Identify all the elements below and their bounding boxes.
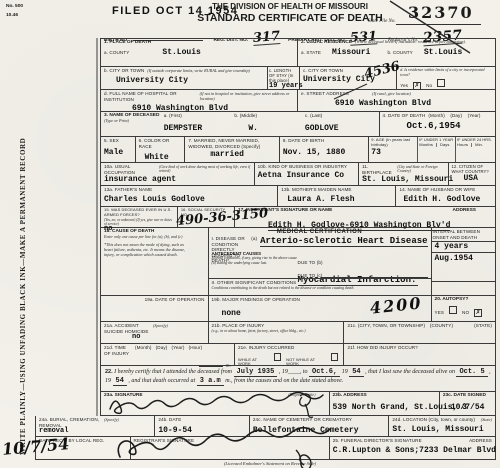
division-title: THE DIVISION OF HEALTH OF MISSOURI: [175, 3, 405, 12]
certify-p2: , 19____, to: [279, 369, 308, 375]
injury-county-label: (COUNTY): [430, 323, 453, 329]
age-label: 9. AGE (In years last birthday): [371, 138, 415, 148]
field-operation-date: 19a. DATE OF OPERATION: [101, 296, 209, 321]
middle-name-label: b. (Middle): [234, 113, 305, 119]
spouse-value: Edith H. Godlove: [403, 195, 492, 204]
place-section-label: 1. PLACE OF DEATH: [104, 40, 294, 46]
row-armed-ssn-informant: 15. WAS DECEASED EVER IN U.S. ARMED FORC…: [100, 207, 496, 228]
age-days-label: Days: [437, 143, 450, 148]
stay-label: c. LENGTH OF STAY (In this place): [269, 68, 298, 83]
field-father: 13a. FATHER'S NAME Charles Louis Godlove: [101, 186, 278, 206]
field-mother: 13b. MOTHER'S MAIDEN NAME Laura A. Flesh: [278, 186, 396, 206]
injury-city-label: 21c. (CITY, TOWN, OR TOWNSHIP): [347, 323, 425, 329]
row-parents: 13a. FATHER'S NAME Charles Louis Godlove…: [100, 186, 496, 207]
birthplace-label: 11. BIRTHPLACE: [362, 164, 394, 175]
name-note: (Type or Print): [104, 119, 164, 124]
place-of-injury-note: (e.g., in or about home, farm, factory, …: [212, 329, 341, 333]
funeral-director-value: C.R.Lupton & Sons;7233 Delmar Blvd: [333, 446, 492, 455]
field-race: 6. COLOR OR RACE White: [136, 137, 186, 162]
line-a-letter: (a): [251, 236, 257, 242]
last-name-label: c. (Last): [305, 113, 376, 119]
residence-section-label: 2. USUAL RESIDENCE: [301, 40, 352, 46]
certify-to-year: 54: [349, 368, 363, 377]
occupation-label: 10a. USUAL OCCUPATION: [104, 164, 156, 175]
autopsy-no-checkbox: ✗: [474, 309, 482, 317]
interval-label: INTERVAL BETWEEN ONSET AND DEATH: [432, 228, 495, 242]
date-signed-label: 23c. DATE SIGNED: [443, 393, 492, 399]
field-length-of-stay: c. LENGTH OF STAY (In this place) 19 yea…: [268, 67, 300, 89]
citizen-value: USA: [464, 174, 492, 183]
limits-yes-checkbox: ✗: [413, 82, 421, 90]
field-accident: 21a. ACCIDENT SUICIDE HOMICIDE (Specify)…: [101, 322, 209, 343]
cause-note2: *This does not mean the mode of dying, s…: [104, 243, 192, 257]
autopsy-label: 20. AUTOPSY?: [435, 297, 492, 303]
place-city-value: University City: [116, 76, 264, 85]
age-hours-label: Hours: [457, 143, 472, 148]
registration-numbers-line: BIRTH NO. REG. DIST. NO. 317 PRIMARY REG…: [104, 28, 496, 38]
residence-county-value: St.Louis: [424, 48, 462, 57]
operation-date-label: 19a. DATE OF OPERATION: [104, 297, 205, 303]
date-signed-value: 10/7/54: [451, 403, 492, 412]
street-note: (If rural, give location): [372, 92, 411, 97]
cause-c-blank: [322, 270, 427, 278]
cause-line-c: DUE TO (c): [209, 270, 431, 278]
state-file-number: 32370: [408, 5, 474, 21]
race-label: 6. COLOR OR RACE: [139, 138, 182, 149]
birthplace-value: St. Louis, Missouri: [362, 175, 444, 184]
row-city: b. CITY OR TOWN (If outside corporate li…: [100, 67, 496, 90]
time-of-injury-columns: (Month) (Day) (Year) (Hour): [135, 345, 202, 351]
marital-label: 7. MARRIED, NEVER MARRIED, WIDOWED, DIVO…: [188, 138, 276, 149]
burial-location-label: 24d. LOCATION (City, town, or county): [392, 417, 475, 423]
embalmer-footer-note: (Licensed Embalmer's Statement on Revers…: [140, 461, 400, 466]
date-received-value: 10/7/54: [1, 436, 69, 458]
institution-note: (If not in hospital or institution, give…: [200, 92, 294, 102]
field-time-of-injury: 21d. TIME OF INJURY (Month) (Day) (Year)…: [101, 344, 235, 365]
row-name-dod: 3. NAME OF DECEASED (Type or Print) a. (…: [100, 112, 496, 137]
field-age: 9. AGE (In years last birthday) 73 IF UN…: [369, 137, 495, 162]
field-burial-type: 24a. BURIAL, CREMATION, REMOVAL (Specify…: [36, 416, 155, 436]
occupation-value: insurance agent: [104, 175, 251, 184]
state-file-rule: [396, 23, 481, 25]
margin-note-strip: WRITE PLAINLY—USING UNFADING BLACK INK—M…: [20, 50, 34, 460]
armed-note: (Yes, no, or unknown) (If yes, give war …: [104, 218, 174, 226]
limits-no-checkbox: [437, 79, 445, 87]
age-months-label: Months: [419, 143, 437, 148]
field-injury-occurred: 21e. INJURY OCCURRED WHILE AT WORK NOT W…: [235, 344, 345, 365]
cause-line-b: ANTECEDENT CAUSES Morbid conditions, if …: [209, 251, 431, 270]
informant-address-label: ADDRESS: [453, 208, 476, 214]
not-while-at-work-checkbox: [331, 353, 339, 361]
marital-value: married: [210, 150, 276, 159]
certify-from-value: July 1935: [234, 368, 278, 377]
birthplace-note: (City and State or Foreign Country): [397, 165, 444, 174]
field-how-injury-occurred: 21f. HOW DID INJURY OCCUR?: [344, 344, 495, 365]
spouse-label: 14. NAME OF HUSBAND OR WIFE: [399, 187, 492, 193]
residence-section-note: (Where deceased lived. If institution: r…: [355, 40, 466, 45]
field-autopsy: 20. AUTOPSY? YES NO ✗: [432, 296, 495, 321]
father-value: Charles Louis Godlove: [104, 195, 274, 204]
armed-label: 15. WAS DECEASED EVER IN U.S. ARMED FORC…: [104, 208, 174, 218]
row-institution-street: d. FULL NAME OF HOSPITAL OR INSTITUTION …: [100, 90, 496, 112]
time-of-injury-label: 21d. TIME OF INJURY: [104, 345, 132, 356]
field-citizen: 12. CITIZEN OF WHAT COUNTRY? USA: [449, 163, 495, 185]
place-city-note: (If outside corporate limits, write RURA…: [147, 69, 250, 74]
age-value: 73: [371, 148, 415, 157]
accident-label: 21a. ACCIDENT SUICIDE HOMICIDE: [104, 323, 150, 334]
antecedent-note: Morbid conditions, if any, giving rise t…: [212, 256, 298, 265]
field-industry: 10b. KIND OF BUSINESS OR INDUSTRY Aetna …: [255, 163, 359, 185]
field-cemetery: 24c. NAME OF CEMETERY OR CREMATORY Belle…: [250, 416, 390, 436]
residence-state-value: Missouri: [332, 48, 370, 57]
field-armed-forces: 15. WAS DECEASED EVER IN U.S. ARMED FORC…: [101, 207, 178, 227]
industry-value: Aetna Insurance Co: [258, 171, 355, 180]
field-operation-findings: 19b. MAJOR FINDINGS OF OPERATION none 42…: [209, 296, 432, 321]
limits-yes-label: Yes: [400, 83, 408, 89]
field-date-of-birth: 8. DATE OF BIRTH Nov. 15, 1880: [280, 137, 369, 162]
certify-p1: I hereby certify that I attended the dec…: [114, 369, 232, 375]
mother-value: Laura A. Flesh: [287, 195, 392, 204]
field-birthplace: 11. BIRTHPLACE (City and State or Foreig…: [359, 163, 448, 185]
certify-alive-year: 54: [113, 377, 127, 386]
row-sex-age: 5. SEX Male 6. COLOR OR RACE White 7. MA…: [100, 137, 496, 163]
middle-name-value: W.: [248, 124, 305, 133]
row-certify-statement: 22. I hereby certify that I attended the…: [100, 366, 496, 392]
dod-columns: (Month) (Day) (Year): [428, 113, 480, 119]
due-to-b-label: DUE TO (b): [298, 260, 323, 265]
place-county-value: St.Louis: [162, 48, 200, 57]
field-date-of-death: 4. DATE OF DEATH (Month) (Day) (Year) Oc…: [380, 112, 495, 136]
limits-label: d. Is residence within limits of a city …: [400, 68, 492, 77]
certify-alive-value: Oct. 5: [456, 368, 487, 377]
field-residence-city: c. CITY OR TOWN University City 4536: [300, 67, 397, 89]
dob-label: 8. DATE OF BIRTH: [283, 138, 365, 144]
field-institution: d. FULL NAME OF HOSPITAL OR INSTITUTION …: [101, 90, 298, 111]
field-date-signed: 23c. DATE SIGNED 10/7/54: [440, 392, 495, 415]
field-burial-date: 24b. DATE 10-9-54: [155, 416, 250, 436]
registrar-signature-label: REGISTRAR'S SIGNATURE: [134, 438, 326, 444]
certify-to-value: Oct.6,: [309, 368, 340, 377]
signature-label: 23a. SIGNATURE: [104, 393, 143, 399]
state-file-label: State File No.: [368, 19, 396, 25]
dob-value: Nov. 15, 1880: [283, 148, 365, 157]
degree-label: (Degree or title): [288, 393, 315, 398]
certify-p3: 19: [342, 369, 348, 375]
certify-p7: m., from the causes and on the date stat…: [225, 378, 343, 384]
cemetery-label: 24c. NAME OF CEMETERY OR CREMATORY: [253, 417, 386, 423]
autopsy-yes-label: YES: [435, 310, 445, 316]
row-time-of-injury: 21d. TIME OF INJURY (Month) (Day) (Year)…: [100, 344, 496, 366]
field-name-of-deceased: 3. NAME OF DECEASED (Type or Print) a. (…: [101, 112, 380, 136]
field-marital-status: 7. MARRIED, NEVER MARRIED, WIDOWED, DIVO…: [185, 137, 280, 162]
dod-value: Oct.6,1954: [407, 121, 492, 131]
occupation-note: (Give kind of work done during most of w…: [159, 165, 251, 174]
place-city-label: b. CITY OR TOWN: [104, 68, 144, 74]
first-name-value: DEMPSTER: [164, 124, 235, 133]
cemetery-value: Bellefontaine Cemetery: [253, 426, 386, 435]
row-registrar: DATE REC'D BY LOCAL REG. 10/7/54 REGISTR…: [35, 437, 496, 460]
form-revision: 10.46: [6, 13, 18, 19]
field-date-received: DATE REC'D BY LOCAL REG. 10/7/54: [36, 437, 131, 459]
interval-b-value: Aug.1954: [432, 252, 495, 281]
row-operation-autopsy: 19a. DATE OF OPERATION 19b. MAJOR FINDIN…: [100, 296, 496, 322]
other-conditions: II. OTHER SIGNIFICANT CONDITIONS Conditi…: [209, 278, 431, 295]
physician-address-value: 539 North Grand, St.Louis, 3: [333, 403, 436, 412]
field-occupation: 10a. USUAL OCCUPATION (Give kind of work…: [101, 163, 255, 185]
accident-value: no: [132, 334, 205, 342]
field-interval: INTERVAL BETWEEN ONSET AND DEATH 4 years…: [432, 228, 495, 295]
dod-label: 4. DATE OF DEATH: [383, 113, 426, 119]
cause-line-a: I. DISEASE OR CONDITION DIRECTLY LEADING…: [209, 236, 431, 251]
certify-p6: , and that death occurred at: [128, 378, 195, 384]
field-funeral-director: 25. FUNERAL DIRECTOR'S SIGNATURE ADDRESS…: [330, 437, 495, 459]
accident-note: (Specify): [153, 324, 168, 329]
age-min-label: Min.: [472, 143, 483, 148]
burial-date-label: 24b. DATE: [158, 417, 246, 423]
institution-label: d. FULL NAME OF HOSPITAL OR INSTITUTION: [104, 91, 197, 102]
residence-state-label: a. STATE: [301, 50, 321, 56]
row-physician-signature: 23a. SIGNATURE (Degree or title) 23b. AD…: [100, 392, 496, 416]
certify-hour-value: 3 a.m: [197, 377, 224, 386]
field-causes: MEDICAL CERTIFICATION I. DISEASE OR COND…: [209, 228, 432, 295]
certify-number: 22.: [105, 369, 113, 375]
row-place-residence: 1. PLACE OF DEATH a. COUNTY St.Louis 2. …: [100, 38, 496, 67]
row-accident: 21a. ACCIDENT SUICIDE HOMICIDE (Specify)…: [100, 322, 496, 344]
burial-date-value: 10-9-54: [158, 426, 246, 435]
field-residence-limits: d. Is residence within limits of a city …: [397, 67, 495, 89]
field-cause-of-death-notes: 18. CAUSE OF DEATH Enter only one cause …: [101, 228, 209, 295]
field-ssn: 16. SOCIAL SECURITY NO. 490-36-3150: [178, 207, 235, 227]
row-occupation: 10a. USUAL OCCUPATION (Give kind of work…: [100, 163, 496, 186]
citizen-label: 12. CITIZEN OF WHAT COUNTRY?: [452, 164, 492, 174]
autopsy-yes-checkbox: [449, 306, 457, 314]
burial-location-value: St. Louis, Missouri: [392, 425, 492, 434]
physician-address-label: 23b. ADDRESS: [333, 393, 436, 399]
residence-county-label: b. COUNTY: [387, 50, 412, 56]
cause-note1: Enter only one cause per line for (a), (…: [104, 235, 205, 240]
last-name-value: GODLOVE: [305, 124, 376, 133]
limits-no-label: No: [426, 83, 432, 89]
field-injury-city: 21c. (CITY, TOWN, OR TOWNSHIP) (COUNTY) …: [344, 322, 495, 343]
street-label: e. STREET ADDRESS: [301, 91, 349, 97]
field-informant: 17. INFORMANT'S SIGNATURE OR NAME ADDRES…: [235, 207, 495, 227]
sex-value: Male: [104, 148, 132, 157]
field-place-of-injury: 21b. PLACE OF INJURY (e.g., in or about …: [209, 322, 345, 343]
interval-a-value: 4 years: [432, 242, 495, 252]
medical-certification-title: MEDICAL CERTIFICATION: [209, 228, 431, 236]
sex-label: 5. SEX: [104, 138, 132, 144]
autopsy-no-label: NO: [462, 310, 469, 316]
mother-label: 13b. MOTHER'S MAIDEN NAME: [281, 187, 392, 193]
injury-occurred-label: 21e. INJURY OCCURRED: [238, 345, 341, 351]
field-place-city: b. CITY OR TOWN (If outside corporate li…: [101, 67, 268, 89]
burial-type-note: (Specify): [104, 418, 119, 423]
certify-p4: , that I last saw the deceased alive on: [365, 369, 455, 375]
funeral-director-label: 25. FUNERAL DIRECTOR'S SIGNATURE: [333, 438, 422, 444]
field-street-address: e. STREET ADDRESS (If rural, give locati…: [298, 90, 495, 111]
field-certify-statement: 22. I hereby certify that I attended the…: [101, 366, 495, 391]
field-physician-signature: 23a. SIGNATURE (Degree or title): [101, 392, 330, 415]
other-note: Conditions contributing to the death but…: [212, 286, 428, 290]
field-registrar-signature: REGISTRAR'S SIGNATURE: [131, 437, 330, 459]
injury-state-label: (STATE): [474, 323, 492, 329]
field-place-of-death: 1. PLACE OF DEATH a. COUNTY St.Louis: [101, 39, 298, 66]
interval-blank: [432, 281, 495, 295]
industry-label: 10b. KIND OF BUSINESS OR INDUSTRY: [258, 164, 355, 170]
field-spouse: 14. NAME OF HUSBAND OR WIFE Edith H. God…: [396, 186, 495, 206]
race-value: White: [145, 153, 182, 162]
place-county-label: a. COUNTY: [104, 50, 129, 56]
while-at-work-checkbox: [274, 353, 282, 361]
funeral-director-address-label: ADDRESS: [469, 438, 492, 444]
cause-a-value: Arterio-sclerotic Heart Disease: [260, 236, 427, 247]
father-label: 13a. FATHER'S NAME: [104, 187, 274, 193]
first-name-label: a. (First): [164, 113, 235, 119]
burial-location-state-label: (State): [481, 418, 492, 423]
field-burial-location: 24d. LOCATION (City, town, or county) (S…: [389, 416, 495, 436]
field-physician-address: 23b. ADDRESS 539 North Grand, St.Louis, …: [330, 392, 440, 415]
form-number: No. 500: [6, 4, 23, 10]
death-certificate-document: No. 500 10.46 WRITE PLAINLY—USING UNFADI…: [0, 0, 500, 468]
street-value: 6910 Washington Blvd: [335, 99, 492, 108]
row-medical-certification: 18. CAUSE OF DEATH Enter only one cause …: [100, 228, 496, 296]
field-sex: 5. SEX Male: [101, 137, 136, 162]
row-burial: 24a. BURIAL, CREMATION, REMOVAL (Specify…: [35, 416, 496, 437]
how-injury-label: 21f. HOW DID INJURY OCCUR?: [347, 345, 492, 351]
